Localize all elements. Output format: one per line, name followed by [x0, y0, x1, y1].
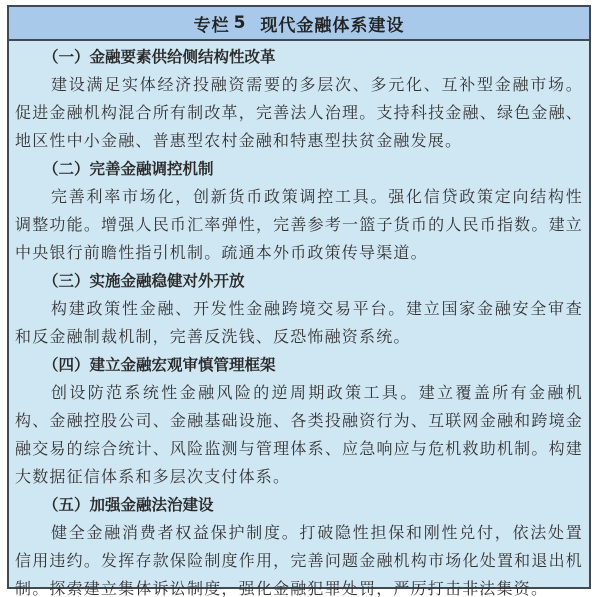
section-heading: （一）金融要素供给侧结构性改革: [15, 43, 583, 71]
section-heading: （三）实施金融稳健对外开放: [15, 267, 583, 295]
box-content: （一）金融要素供给侧结构性改革 建设满足实体经济投融资需要的多层次、多元化、互补…: [9, 41, 589, 597]
section-text: 构建政策性金融、开发性金融跨境交易平台。建立国家金融安全审查和反金融制裁机制，完…: [15, 295, 583, 351]
section-5: （五）加强金融法治建设 健全金融消费者权益保护制度。打破隐性担保和刚性兑付，依法…: [15, 491, 583, 597]
section-text: 健全金融消费者权益保护制度。打破隐性担保和刚性兑付，依法处置信用违约。发挥存款保…: [15, 519, 583, 597]
section-1: （一）金融要素供给侧结构性改革 建设满足实体经济投融资需要的多层次、多元化、互补…: [15, 43, 583, 155]
box-header: 专栏 5 现代金融体系建设: [9, 7, 589, 41]
section-heading: （二）完善金融调控机制: [15, 155, 583, 183]
section-4: （四）建立金融宏观审慎管理框架 创设防范系统性金融风险的逆周期政策工具。建立覆盖…: [15, 351, 583, 491]
section-heading: （四）建立金融宏观审慎管理框架: [15, 351, 583, 379]
feature-box: 专栏 5 现代金融体系建设 （一）金融要素供给侧结构性改革 建设满足实体经济投融…: [7, 5, 591, 589]
title-prefix: 专栏: [194, 11, 230, 36]
section-text: 创设防范系统性金融风险的逆周期政策工具。建立覆盖所有金融机构、金融控股公司、金融…: [15, 379, 583, 491]
box-title: 现代金融体系建设: [260, 11, 404, 36]
section-3: （三）实施金融稳健对外开放 构建政策性金融、开发性金融跨境交易平台。建立国家金融…: [15, 267, 583, 351]
section-text: 建设满足实体经济投融资需要的多层次、多元化、互补型金融市场。促进金融机构混合所有…: [15, 71, 583, 155]
section-heading: （五）加强金融法治建设: [15, 491, 583, 519]
section-2: （二）完善金融调控机制 完善利率市场化，创新货币政策调控工具。强化信贷政策定向结…: [15, 155, 583, 267]
section-text: 完善利率市场化，创新货币政策调控工具。强化信贷政策定向结构性调整功能。增强人民币…: [15, 183, 583, 267]
title-number: 5: [234, 13, 247, 33]
